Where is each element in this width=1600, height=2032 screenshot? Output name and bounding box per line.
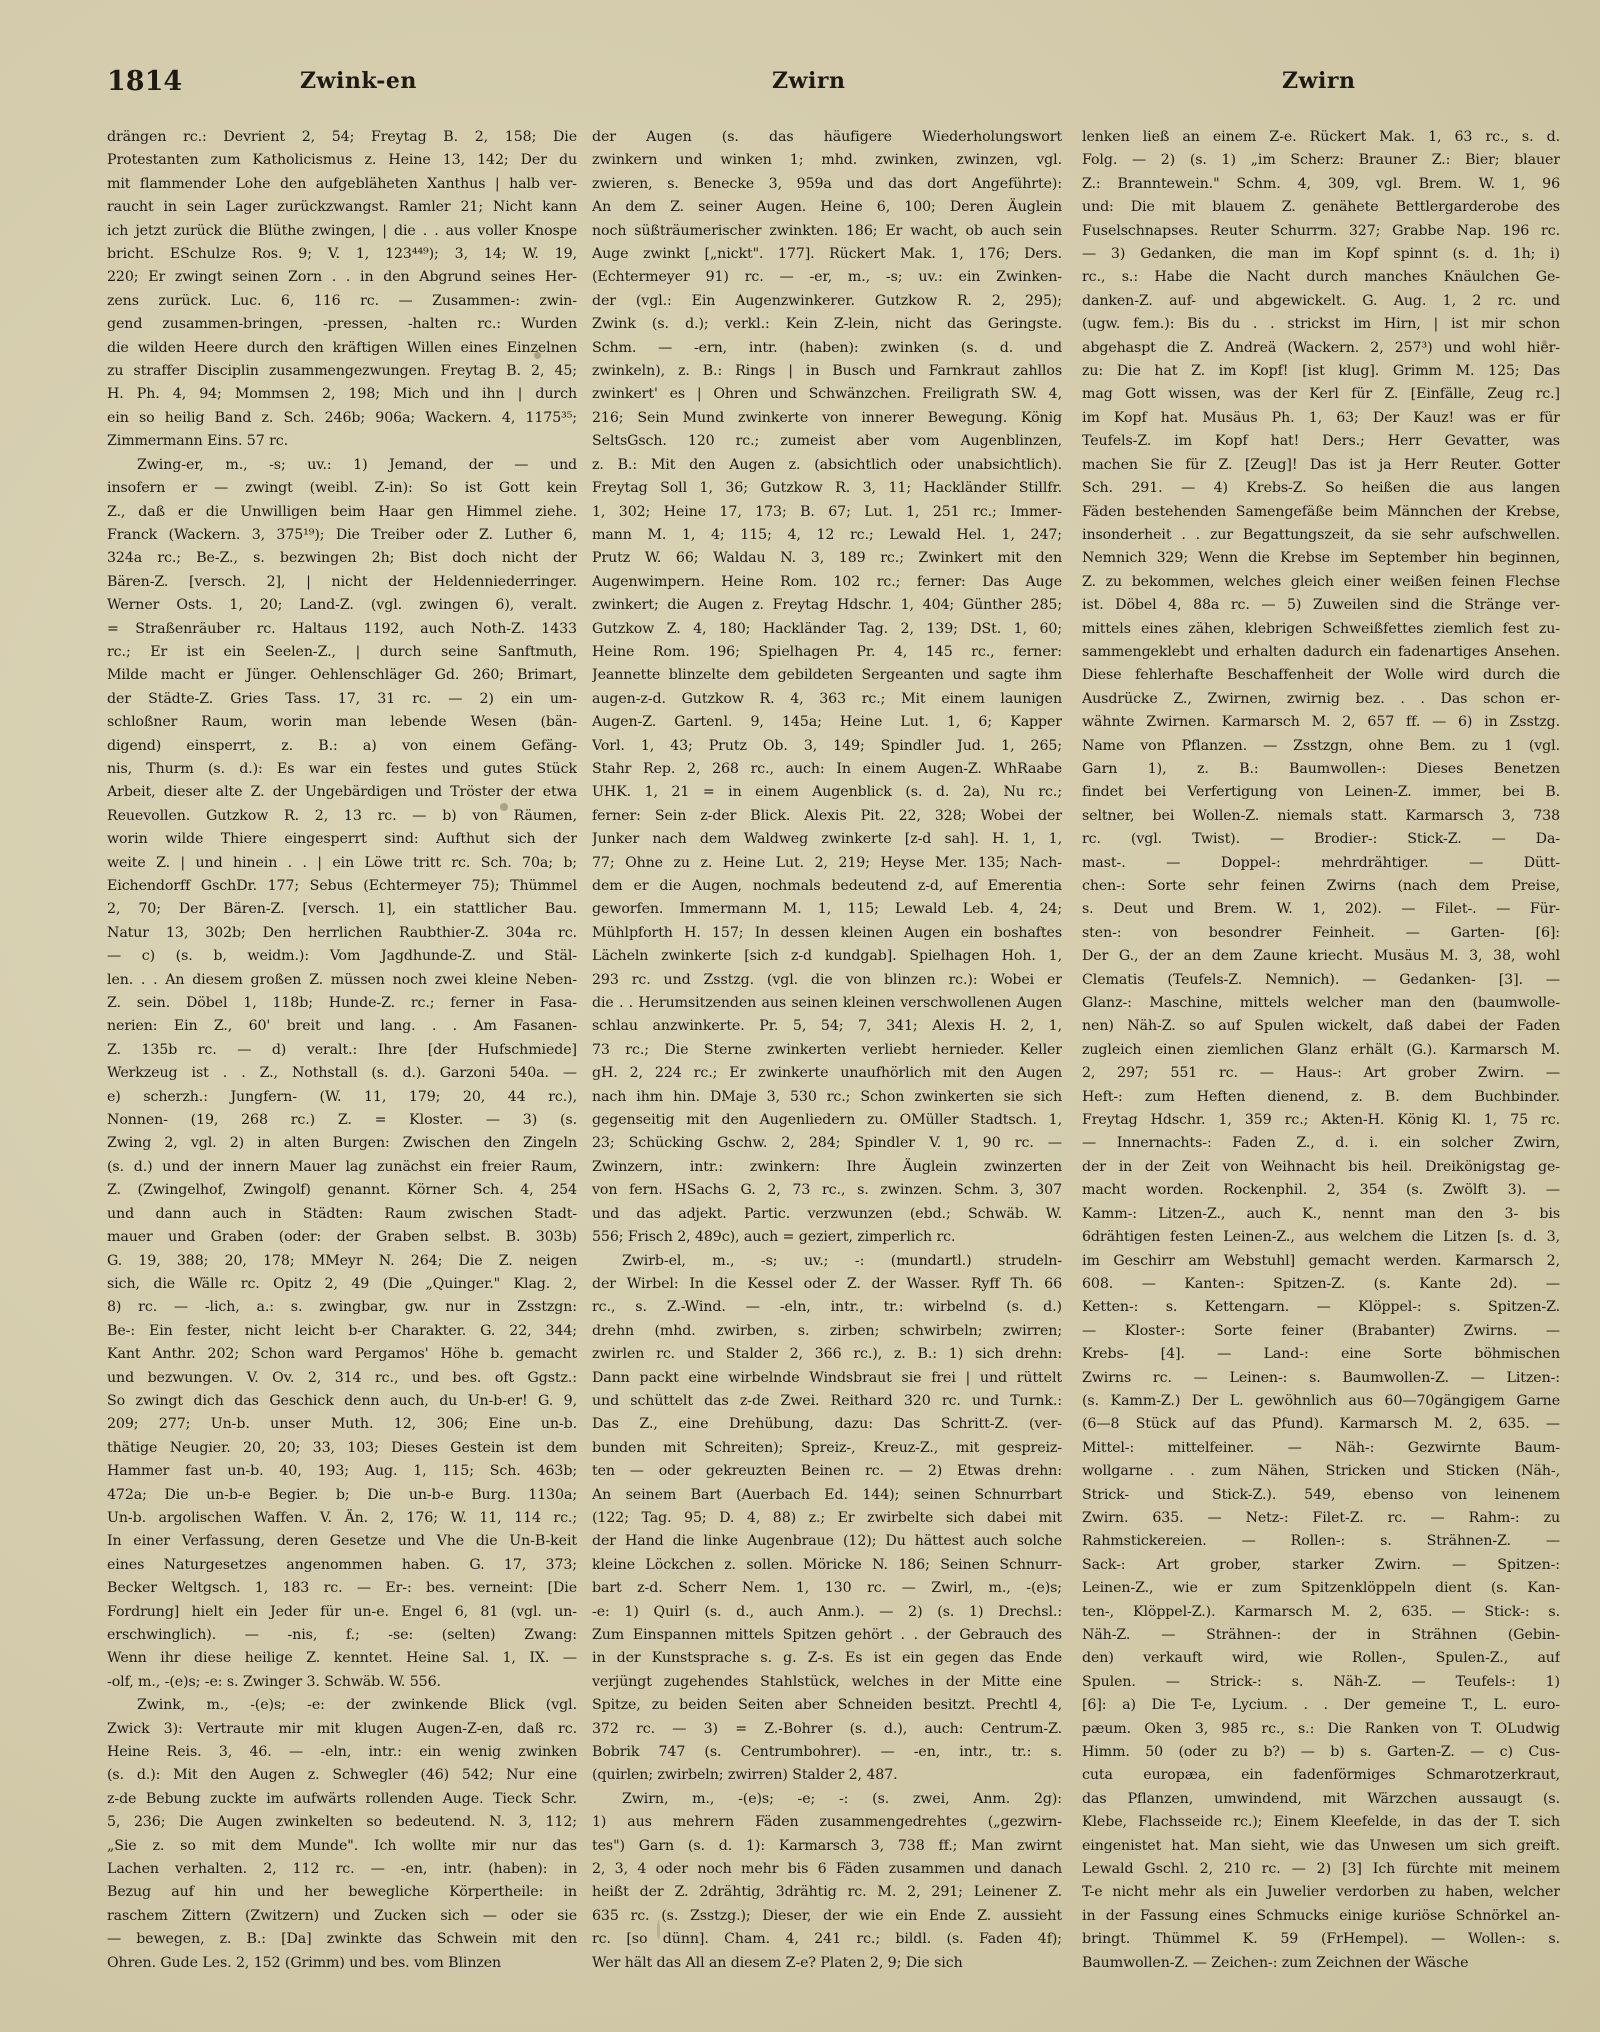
text-line: ich jetzt zurück die Blüthe zwingen, | d… <box>107 220 577 243</box>
text-line: zwinkern und winken 1; mhd. zwinken, zwi… <box>592 149 1062 172</box>
text-line: Franck (Wackern. 3, 375¹⁹); Die Treiber … <box>107 524 577 547</box>
text-line: machen Sie für Z. [Zeug]! Das ist ja Her… <box>1082 454 1560 477</box>
text-line: zu: Die hat Z. im Kopf! [ist klug]. Grim… <box>1082 360 1560 383</box>
text-line: Spitze, zu beiden Seiten aber Schneiden … <box>592 1694 1062 1717</box>
text-line: -olf, m., -(e)s; -e: s. Zwinger 3. Schwä… <box>107 1671 577 1694</box>
text-line: Zwirb-el, m., -s; uv.; -: (mundartl.) st… <box>592 1250 1062 1273</box>
text-line: Das Z., eine Drehübung, dazu: Das Schrit… <box>592 1413 1062 1436</box>
text-line: worin wilde Thiere eingesperrt sind: Auf… <box>107 828 577 851</box>
text-line: zwinkeln), z. B.: Rings | in Busch und F… <box>592 360 1062 383</box>
text-column-middle: der Augen (s. das häufigere Wiederholung… <box>592 126 1062 1976</box>
text-line: Z.: Branntewein." Schm. 4, 309, vgl. Bre… <box>1082 173 1560 196</box>
text-line: „Sie z. so mit dem Munde". Ich wollte mi… <box>107 1835 577 1858</box>
text-line: bringt. Thümmel K. 59 (FrHempel). — Woll… <box>1082 1928 1560 1951</box>
text-line: Fäden bestehenden Samengefäße beim Männc… <box>1082 501 1560 524</box>
text-line: in der Kunstsprache s. g. Z-s. Es ist ei… <box>592 1647 1062 1670</box>
text-line: Vorl. 1, 43; Prutz Ob. 3, 149; Spindler … <box>592 735 1062 758</box>
text-line: macht worden. Rockenphil. 2, 354 (s. Zwö… <box>1082 1179 1560 1202</box>
text-line: die . . Herumsitzenden aus seinen kleine… <box>592 992 1062 1015</box>
text-line: An dem Z. seiner Augen. Heine 6, 100; De… <box>592 196 1062 219</box>
text-line: 209; 277; Un-b. unser Muth. 12, 306; Ein… <box>107 1413 577 1436</box>
text-line: 635 rc. (s. Zsstzg.); Dieser, der wie ei… <box>592 1905 1062 1928</box>
text-line: Spulen. — Strick-: s. Näh-Z. — Teufels-:… <box>1082 1671 1560 1694</box>
text-line: 472a; Die un-b-e Begier. b; Die un-b-e B… <box>107 1484 577 1507</box>
text-line: im Geschirr am Webstuhl] gemacht werden.… <box>1082 1250 1560 1273</box>
text-line: cuta europæa, ein fadenförmiges Schmarot… <box>1082 1764 1560 1787</box>
text-line: der Städte-Z. Gries Tass. 17, 31 rc. — 2… <box>107 688 577 711</box>
text-line: Sch. 291. — 4) Krebs-Z. So heißen die au… <box>1082 477 1560 500</box>
text-line: Becker Weltgsch. 1, 183 rc. — Er-: bes. … <box>107 1577 577 1600</box>
text-line: zu straffer Disciplin zusammengezwungen.… <box>107 360 577 383</box>
text-line: Lachen verhalten. 2, 112 rc. — -en, intr… <box>107 1858 577 1881</box>
text-line: Gutzkow Z. 4, 180; Hackländer Tag. 2, 13… <box>592 618 1062 641</box>
text-line: Rahmstickereien. — Rollen-: s. Strähnen-… <box>1082 1530 1560 1553</box>
text-line: mast-. — Doppel-: mehrdrähtiger. — Dütt- <box>1082 852 1560 875</box>
text-line: bunden mit Schreiten); Spreiz-, Kreuz-Z.… <box>592 1437 1062 1460</box>
text-line: 220; Er zwingt seinen Zorn . . in den Ab… <box>107 266 577 289</box>
text-line: abgehaspt die Z. Andreä (Wackern. 2, 257… <box>1082 337 1560 360</box>
text-line: Strick- und Stick-Z.). 549, ebenso von l… <box>1082 1484 1560 1507</box>
text-line: rc. (vgl. Twist). — Brodier-: Stick-Z. —… <box>1082 828 1560 851</box>
text-line: zwirlen rc. und Stalder 2, 366 rc.), z. … <box>592 1343 1062 1366</box>
text-line: Dann packt eine wirbelnde Windsbraut sie… <box>592 1367 1062 1390</box>
text-line: bart z-d. Scherr Nem. 1, 130 rc. — Zwirl… <box>592 1577 1062 1600</box>
text-line: (quirlen; zwirbeln; zwirren) Stalder 2, … <box>592 1764 1062 1787</box>
text-line: digend) einsperrt, z. B.: a) von einem G… <box>107 735 577 758</box>
text-line: 6drähtigen festen Leinen-Z., aus welchem… <box>1082 1226 1560 1249</box>
text-line: (122; Tag. 95; D. 4, 88) z.; Er zwirbelt… <box>592 1507 1062 1530</box>
text-line: und: Die mit blauem Z. genähete Bettlerg… <box>1082 196 1560 219</box>
text-line: (s. d.) und der innern Mauer lag zunächs… <box>107 1156 577 1179</box>
text-line: seltner, bei Wollen-Z. niemals statt. Ka… <box>1082 805 1560 828</box>
text-line: Teufels-Z. im Kopf hat! Ders.; Herr Geva… <box>1082 430 1560 453</box>
text-line: Mühlpforth H. 157; In dessen kleinen Aug… <box>592 922 1062 945</box>
text-line: der (vgl.: Ein Augenzwinkerer. Gutzkow R… <box>592 290 1062 313</box>
text-line: Heft-: zum Heften dienend, z. B. dem Buc… <box>1082 1086 1560 1109</box>
text-line: schloßner Raum, worin man lebende Wesen … <box>107 711 577 734</box>
text-line: Ketten-: s. Kettengarn. — Klöppel-: s. S… <box>1082 1296 1560 1319</box>
text-line: zugleich einen ziemlichen Glanz erhält (… <box>1082 1039 1560 1062</box>
text-line: verjüngt zugehendes Stahlstück, welches … <box>592 1671 1062 1694</box>
text-line: 23; Schücking Gschw. 2, 284; Spindler V.… <box>592 1132 1062 1155</box>
text-line: nerien: Ein Z., 60' breit und lang. . . … <box>107 1015 577 1038</box>
page-number: 1814 <box>107 66 182 97</box>
text-line: An seinem Bart (Auerbach Ed. 144); seine… <box>592 1484 1062 1507</box>
text-line: Himm. 50 (oder zu b?) — b) s. Garten-Z. … <box>1082 1741 1560 1764</box>
text-line: in der Fassung eines Schmucks einige kur… <box>1082 1905 1560 1928</box>
text-line: 608. — Kanten-: Spitzen-Z. (s. Kante 2d)… <box>1082 1273 1560 1296</box>
text-line: Der G., der an dem Zaune kriecht. Musäus… <box>1082 945 1560 968</box>
text-line: insonderheit . . zur Begattungszeit, da … <box>1082 524 1560 547</box>
text-line: Näh-Z. — Strähnen-: der in Strähnen (Geb… <box>1082 1624 1560 1647</box>
text-line: 2, 3, 4 oder noch mehr bis 6 Fäden zusam… <box>592 1858 1062 1881</box>
text-line: der Augen (s. das häufigere Wiederholung… <box>592 126 1062 149</box>
text-line: Zwink, m., -(e)s; -e: der zwinkende Blic… <box>107 1694 577 1717</box>
text-line: weite Z. | und hinein . . | ein Löwe tri… <box>107 852 577 875</box>
text-line: z. B.: Mit den Augen z. (absichtlich ode… <box>592 454 1062 477</box>
text-line: und bezwungen. V. Ov. 2, 314 rc., und be… <box>107 1367 577 1390</box>
text-line: sich, die Wälle rc. Opitz 2, 49 (Die „Qu… <box>107 1273 577 1296</box>
text-line: eingenistet hat. Man sieht, wie das Unwe… <box>1082 1835 1560 1858</box>
text-line: Zwing-er, m., -s; uv.: 1) Jemand, der — … <box>107 454 577 477</box>
running-head-left: Zwink-en <box>300 68 417 94</box>
paper-stain <box>657 1920 660 1940</box>
text-line: Wer hält das All an diesem Z-e? Platen 2… <box>592 1952 1062 1975</box>
text-line: 73 rc.; Die Sterne zwinkerten verliebt h… <box>592 1039 1062 1062</box>
text-column-left: drängen rc.: Devrient 2, 54; Freytag B. … <box>107 126 577 1976</box>
text-line: H. Ph. 4, 94; Mommsen 2, 198; Mich und i… <box>107 383 577 406</box>
text-line: raschem Zittern (Zwitzern) und Zucken si… <box>107 1905 577 1928</box>
text-line: heißt der Z. 2drähtig, 3drähtig rc. M. 2… <box>592 1881 1062 1904</box>
text-line: Ohren. Gude Les. 2, 152 (Grimm) und bes.… <box>107 1952 577 1975</box>
text-line: Sack-: Art grober, starker Zwirn. — Spit… <box>1082 1554 1560 1577</box>
text-line: nen) Näh-Z. so auf Spulen wickelt, daß d… <box>1082 1015 1560 1038</box>
page-header: 1814 Zwink-en Zwirn Zwirn <box>0 66 1600 106</box>
dictionary-page: 1814 Zwink-en Zwirn Zwirn drängen rc.: D… <box>0 0 1600 2032</box>
text-line: Lächeln zwinkerte [sich z-d kundgab]. Sp… <box>592 945 1062 968</box>
text-line: zwieren, s. Benecke 3, 959a und das dort… <box>592 173 1062 196</box>
paper-stain <box>1542 340 1547 345</box>
text-line: Kant Anthr. 202; Schon ward Pergamos' Hö… <box>107 1343 577 1366</box>
text-line: Bobrik 747 (s. Centrumbohrer). — -en, in… <box>592 1741 1062 1764</box>
text-line: s. Deut und Brem. W. 1, 202). — Filet-. … <box>1082 898 1560 921</box>
text-line: eines Naturgesetzes angenommen haben. G.… <box>107 1554 577 1577</box>
text-column-right: lenken ließ an einem Z-e. Rückert Mak. 1… <box>1082 126 1560 1976</box>
text-line: Freytag Hdschr. 1, 359 rc.; Akten-H. Kön… <box>1082 1109 1560 1132</box>
text-line: Bären-Z. [versch. 2], | nicht der Helden… <box>107 571 577 594</box>
text-line: ten-, Klöppel-Z.). Karmarsch M. 2, 635. … <box>1082 1601 1560 1624</box>
text-line: und dann auch in Städten: Raum zwischen … <box>107 1203 577 1226</box>
text-line: gH. 2, 224 rc.; Er zwinkerte unaufhörlic… <box>592 1062 1062 1085</box>
text-line: geworfen. Immermann M. 1, 115; Lewald Le… <box>592 898 1062 921</box>
text-line: raucht in sein Lager zurückzwangst. Raml… <box>107 196 577 219</box>
text-line: gend zusammen-bringen, -pressen, -halten… <box>107 313 577 336</box>
text-line: Zwirn, m., -(e)s; -e; -: (s. zwei, Anm. … <box>592 1788 1062 1811</box>
text-line: — Kloster-: Sorte feiner (Brabanter) Zwi… <box>1082 1320 1560 1343</box>
text-line: Zwirn. 635. — Netz-: Filet-Z. rc. — Rahm… <box>1082 1507 1560 1530</box>
text-line: 293 rc. und Zsstzg. (vgl. die von blinze… <box>592 969 1062 992</box>
text-line: Klebe, Flachsseide rc.); Einem Kleefelde… <box>1082 1811 1560 1834</box>
text-line: pæum. Oken 3, 985 rc., s.: Die Ranken vo… <box>1082 1718 1560 1741</box>
text-line: ein so heilig Band z. Sch. 246b; 906a; W… <box>107 407 577 430</box>
text-line: mann M. 1, 4; 115; 4, 12 rc.; Lewald Hel… <box>592 524 1062 547</box>
text-line: drängen rc.: Devrient 2, 54; Freytag B. … <box>107 126 577 149</box>
text-line: 372 rc. — 3) = Z.-Bohrer (s. d.), auch: … <box>592 1718 1062 1741</box>
text-line: Garn 1), z. B.: Baumwollen-: Dieses Bene… <box>1082 758 1560 781</box>
text-line: Bezug auf hin und her bewegliche Körpert… <box>107 1881 577 1904</box>
text-line: drehn (mhd. zwirben, s. zirben; schwirbe… <box>592 1320 1062 1343</box>
text-line: Zwink (s. d.); verkl.: Kein Z-lein, nich… <box>592 313 1062 336</box>
text-line: Z. sein. Döbel 1, 118b; Hunde-Z. rc.; fe… <box>107 992 577 1015</box>
text-line: rc. [so dünn]. Cham. 4, 241 rc.; bildl. … <box>592 1928 1062 1951</box>
text-line: Kamm-: Litzen-Z., auch K., nennt man den… <box>1082 1203 1560 1226</box>
text-line: Fuselschnapses. Reuter Schurrm. 327; Gra… <box>1082 220 1560 243</box>
text-line: Auge zwinkt [„nickt". 177]. Rückert Mak.… <box>592 243 1062 266</box>
text-line: augen-z-d. Gutzkow R. 4, 363 rc.; Mit ei… <box>592 688 1062 711</box>
text-line: chen-: Sorte sehr feinen Zwirns (nach de… <box>1082 875 1560 898</box>
text-line: Z. zu bekommen, welches gleich einer wei… <box>1082 571 1560 594</box>
text-line: tes") Garn (s. d. 1): Karmarsch 3, 738 f… <box>592 1835 1062 1858</box>
paper-stain <box>500 803 508 811</box>
text-line: wähnte Zwirnen. Karmarsch M. 2, 657 ff. … <box>1082 711 1560 734</box>
text-line: Fordrung] hielt ein Jeder für un-e. Enge… <box>107 1601 577 1624</box>
text-line: mittels eines zähen, klebrigen Schweißfe… <box>1082 618 1560 641</box>
text-line: 8) rc. — -lich, a.: s. zwingbar, gw. nur… <box>107 1296 577 1319</box>
text-line: Heine Reis. 3, 46. — -eln, intr.: ein we… <box>107 1741 577 1764</box>
text-line: Mittel-: mittelfeiner. — Näh-: Gezwirnte… <box>1082 1437 1560 1460</box>
text-line: Werkzeug ist . . Z., Nothstall (s. d.). … <box>107 1062 577 1085</box>
text-line: sten-: von besondrer Feinheit. — Garten-… <box>1082 922 1560 945</box>
text-line: rc.; Er ist ein Seelen-Z., | durch seine… <box>107 641 577 664</box>
text-line: 216; Sein Mund zwinkerte von innerer Bew… <box>592 407 1062 430</box>
text-line: 2, 297; 551 rc. — Haus-: Art grober Zwir… <box>1082 1062 1560 1085</box>
text-line: bricht. ESchulze Ros. 9; V. 1, 123⁴⁴⁹); … <box>107 243 577 266</box>
text-line: Protestanten zum Katholicismus z. Heine … <box>107 149 577 172</box>
text-line: G. 19, 388; 20, 178; MMeyr N. 264; Die Z… <box>107 1250 577 1273</box>
text-line: schlau anzwinkerte. Pr. 5, 54; 7, 341; A… <box>592 1015 1062 1038</box>
text-line: T-e nicht mehr als ein Juwelier verdorbe… <box>1082 1881 1560 1904</box>
text-line: zwinkert' es | Ohren und Schwänzchen. Fr… <box>592 383 1062 406</box>
text-line: Augen-Z. Gartenl. 9, 145a; Heine Lut. 1,… <box>592 711 1062 734</box>
text-line: Ausdrücke Z., Zwirnen, zwirnig bez. . . … <box>1082 688 1560 711</box>
text-line: 77; Ohne zu z. Heine Lut. 2, 219; Heyse … <box>592 852 1062 875</box>
text-line: Lewald Gschl. 2, 210 rc. — 2) [3] Ich fü… <box>1082 1858 1560 1881</box>
text-line: Diese fehlerhafte Beschaffenheit der Wol… <box>1082 664 1560 687</box>
text-line: Augenwimpern. Heine Rom. 102 rc.; ferner… <box>592 571 1062 594</box>
text-line: len. . . An diesem großen Z. müssen noch… <box>107 969 577 992</box>
text-line: Be-: Ein fester, nicht leicht b-er Chara… <box>107 1320 577 1343</box>
text-line: Freytag Soll 1, 36; Gutzkow R. 3, 11; Ha… <box>592 477 1062 500</box>
text-line: — Innernachts-: Faden Z., d. i. ein solc… <box>1082 1132 1560 1155</box>
text-line: Z. 135b rc. — d) veralt.: Ihre [der Hufs… <box>107 1039 577 1062</box>
text-line: Z. (Zwingelhof, Zwingolf) genannt. Körne… <box>107 1179 577 1202</box>
text-line: (Echtermeyer 91) rc. — -er, m., -s; uv.:… <box>592 266 1062 289</box>
text-line: nach ihm hin. DMaje 3, 530 rc.; Schon zw… <box>592 1086 1062 1109</box>
text-line: (6—8 Stück auf das Pfund). Karmarsch M. … <box>1082 1413 1560 1436</box>
text-line: Zwing 2, vgl. 2) in alten Burgen: Zwisch… <box>107 1132 577 1155</box>
text-line: ten — oder gekreuzten Beinen rc. — 2) Et… <box>592 1460 1062 1483</box>
text-line: Clematis (Teufels-Z. Nemnich). — Gedanke… <box>1082 969 1560 992</box>
text-line: — c) (s. b, weidm.): Vom Jagdhunde-Z. un… <box>107 945 577 968</box>
text-line: 324a rc.; Be-Z., s. bezwingen 2h; Bist d… <box>107 547 577 570</box>
text-line: Un-b. argolischen Waffen. V. Än. 2, 176;… <box>107 1507 577 1530</box>
text-line: nis, Thurm (s. d.): Es war ein festes un… <box>107 758 577 781</box>
text-line: von fern. HSachs G. 2, 73 rc., s. zwinze… <box>592 1179 1062 1202</box>
text-line: und schüttelt das z-de Zwei. Reithard 32… <box>592 1390 1062 1413</box>
text-line: im Kopf hat. Musäus Ph. 1, 63; Der Kauz!… <box>1082 407 1560 430</box>
text-line: kleine Löckchen z. sollen. Möricke N. 18… <box>592 1554 1062 1577</box>
text-line: Zimmermann Eins. 57 rc. <box>107 430 577 453</box>
text-line: Prutz W. 66; Waldau N. 3, 189 rc.; Zwink… <box>592 547 1062 570</box>
text-line: Folg. — 2) (s. 1) „im Scherz: Brauner Z.… <box>1082 149 1560 172</box>
text-line: der Hand die linke Augenbraue (12); Du h… <box>592 1530 1062 1553</box>
text-line: noch süßträumerischer zwinkten. 186; Er … <box>592 220 1062 243</box>
text-line: Zwirns rc. — Leinen-: s. Baumwollen-Z. —… <box>1082 1367 1560 1390</box>
text-line: Stahr Rep. 2, 268 rc., auch: In einem Au… <box>592 758 1062 781</box>
text-line: [6]: a) Die T-e, Lycium. . . Der gemeine… <box>1082 1694 1560 1717</box>
text-line: e) scherzh.: Jungfern- (W. 11, 179; 20, … <box>107 1086 577 1109</box>
running-head-middle: Zwirn <box>772 68 845 94</box>
text-line: Krebs- [4]. — Land-: eine Sorte böhmisch… <box>1082 1343 1560 1366</box>
text-line: mag Gott wissen, was der Kerl für Z. [Ei… <box>1082 383 1560 406</box>
text-line: Name von Pflanzen. — Zsstzgn, ohne Bem. … <box>1082 735 1560 758</box>
text-line: -e: 1) Quirl (s. d., auch Anm.). — 2) (s… <box>592 1601 1062 1624</box>
text-line: Z., daß er die Unwilligen beim Haar gen … <box>107 501 577 524</box>
text-line: Milde macht er Jünger. Oehlenschläger Gd… <box>107 664 577 687</box>
text-line: mit flammender Lohe den aufgebläheten Xa… <box>107 173 577 196</box>
text-line: — 3) Gedanken, die man im Kopf spinnt (s… <box>1082 243 1560 266</box>
text-line: Natur 13, 302b; Den herrlichen Raubthier… <box>107 922 577 945</box>
text-line: 5, 236; Die Augen zwinkelten so bedeuten… <box>107 1811 577 1834</box>
text-line: das Pflanzen, umwindend, mit Wärzchen au… <box>1082 1788 1560 1811</box>
text-line: Schm. — -ern, intr. (haben): zwinken (s.… <box>592 337 1062 360</box>
text-line: dem er die Augen, nochmals bedeutend z-d… <box>592 875 1062 898</box>
text-line: So zwingt dich das Geschick denn auch, d… <box>107 1390 577 1413</box>
text-line: Eichendorff GschDr. 177; Sebus (Echterme… <box>107 875 577 898</box>
text-line: Arbeit, dieser alte Z. der Ungebärdigen … <box>107 781 577 804</box>
text-line: gegenseitig mit den Augenliedern zu. OMü… <box>592 1109 1062 1132</box>
text-line: Wenn ihr diese heilige Z. kenntet. Heine… <box>107 1647 577 1670</box>
text-line: thätige Neugier. 20, 20; 33, 103; Dieses… <box>107 1437 577 1460</box>
text-line: zens zurück. Luc. 6, 116 rc. — Zusammen-… <box>107 290 577 313</box>
text-line: — bewegen, z. B.: [Da] zwinkte das Schwe… <box>107 1928 577 1951</box>
text-line: Junker nach dem Waldweg zwinkerte [z-d s… <box>592 828 1062 851</box>
text-line: 1, 302; Heine 17, 173; B. 67; Lut. 1, 25… <box>592 501 1062 524</box>
text-line: erschwinglich). — -nis, f.; -se: (selten… <box>107 1624 577 1647</box>
text-line: die wilden Heere durch den kräftigen Wil… <box>107 337 577 360</box>
text-line: SeltsGsch. 120 rc.; zumeist aber vom Aug… <box>592 430 1062 453</box>
text-line: der Wirbel: In die Kessel oder Z. der Wa… <box>592 1273 1062 1296</box>
text-line: (s. Kamm-Z.) Der L. gewöhnlich aus 60—70… <box>1082 1390 1560 1413</box>
text-line: = Straßenräuber rc. Haltaus 1192, auch N… <box>107 618 577 641</box>
text-line: rc., s. Z.-Wind. — -eln, intr., tr.: wir… <box>592 1296 1062 1319</box>
running-head-right: Zwirn <box>1282 68 1355 94</box>
text-line: ferner: Sein z-der Blick. Alexis Pit. 22… <box>592 805 1062 828</box>
text-line: Jeannette blinzelte dem gebildeten Serge… <box>592 664 1062 687</box>
text-line: und das adjekt. Partic. verzwunzen (ebd.… <box>592 1203 1062 1226</box>
text-line: 1) aus mehrern Fäden zusammengedrehtes (… <box>592 1811 1062 1834</box>
text-line: Heine Rom. 196; Spielhagen Pr. 4, 145 rc… <box>592 641 1062 664</box>
text-line: Glanz-: Maschine, mittels welcher man de… <box>1082 992 1560 1015</box>
text-line: insofern er — zwingt (weibl. Z-in): So i… <box>107 477 577 500</box>
text-line: Werner Osts. 1, 20; Land-Z. (vgl. zwinge… <box>107 594 577 617</box>
text-line: (ugw. fem.): Bis du . . strickst im Hirn… <box>1082 313 1560 336</box>
text-line: Zum Einspannen mittels Spitzen gehört . … <box>592 1624 1062 1647</box>
text-line: danken-Z. auf- und abgewickelt. G. Aug. … <box>1082 290 1560 313</box>
text-line: 2, 70; Der Bären-Z. [versch. 1], ein sta… <box>107 898 577 921</box>
paper-stain <box>534 352 541 359</box>
text-line: rc., s.: Habe die Nacht durch manches Kn… <box>1082 266 1560 289</box>
text-line: 556; Frisch 2, 489c), auch = geziert, zi… <box>592 1226 1062 1249</box>
text-line: Baumwollen-Z. — Zeichen-: zum Zeichnen d… <box>1082 1952 1560 1975</box>
text-line: mauer und Graben (oder: der Graben selbs… <box>107 1226 577 1249</box>
text-line: Nonnen- (19, 268 rc.) Z. = Kloster. — 3)… <box>107 1109 577 1132</box>
text-line: der in der Zeit von Weihnacht bis heil. … <box>1082 1156 1560 1179</box>
text-line: Leinen-Z., wie er zum Spitzenklöppeln di… <box>1082 1577 1560 1600</box>
text-line: In einer Verfassung, deren Gesetze und V… <box>107 1530 577 1553</box>
text-line: zwinkert; die Augen z. Freytag Hdschr. 1… <box>592 594 1062 617</box>
text-line: sammengeklebt und erhalten dadurch ein f… <box>1082 641 1560 664</box>
text-line: findet bei Verfertigung von Leinen-Z. im… <box>1082 781 1560 804</box>
text-line: (s. d.): Mit den Augen z. Schwegler (46)… <box>107 1764 577 1787</box>
text-line: wollgarne . . zum Nähen, Stricken und St… <box>1082 1460 1560 1483</box>
text-line: lenken ließ an einem Z-e. Rückert Mak. 1… <box>1082 126 1560 149</box>
text-line: z-de Bebung zuckte im aufwärts rollenden… <box>107 1788 577 1811</box>
text-line: Zwick 3): Vertraute mir mit klugen Augen… <box>107 1718 577 1741</box>
text-line: ist. Döbel 4, 88a rc. — 5) Zuweilen sind… <box>1082 594 1560 617</box>
text-line: UHK. 1, 21 = in einem Augenblick (s. d. … <box>592 781 1062 804</box>
text-line: Zwinzern, intr.: zwinkern: Ihre Äuglein … <box>592 1156 1062 1179</box>
text-line: Hammer fast un-b. 40, 193; Aug. 1, 115; … <box>107 1460 577 1483</box>
text-line: Nemnich 329; Wenn die Krebse im Septembe… <box>1082 547 1560 570</box>
text-line: den) verkauft wird, wie Rollen-, Spulen-… <box>1082 1647 1560 1670</box>
